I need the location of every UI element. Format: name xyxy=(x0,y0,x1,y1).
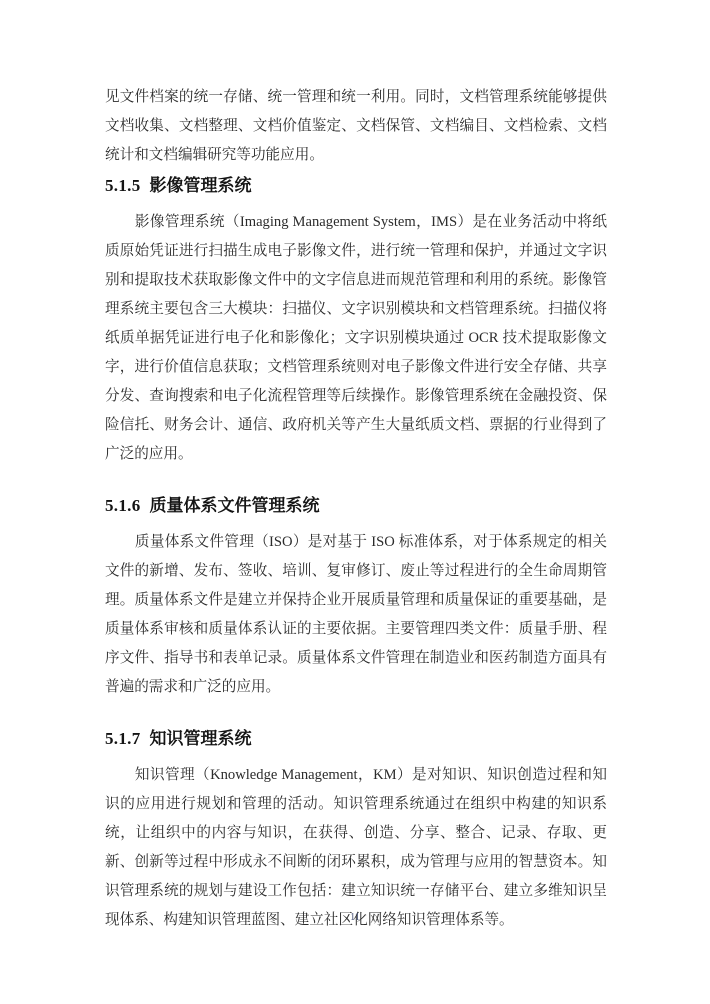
section-imaging-management: 5.1.5影像管理系统 影像管理系统（Imaging Management Sy… xyxy=(105,175,607,469)
paragraph-continuation: 见文件档案的统一存储、统一管理和统一利用。同时，文档管理系统能够提供文档收集、文… xyxy=(105,83,607,170)
section-title: 质量体系文件管理系统 xyxy=(150,496,320,515)
section-body: 知识管理（Knowledge Management，KM）是对知识、知识创造过程… xyxy=(105,761,607,935)
section-heading-5-1-7: 5.1.7知识管理系统 xyxy=(105,728,607,750)
document-page: 见文件档案的统一存储、统一管理和统一利用。同时，文档管理系统能够提供文档收集、文… xyxy=(0,0,710,1004)
section-heading-5-1-5: 5.1.5影像管理系统 xyxy=(105,175,607,197)
section-title: 知识管理系统 xyxy=(150,729,252,748)
section-title: 影像管理系统 xyxy=(150,176,252,195)
section-quality-system-docs: 5.1.6质量体系文件管理系统 质量体系文件管理（ISO）是对基于 ISO 标准… xyxy=(105,495,607,702)
section-body: 质量体系文件管理（ISO）是对基于 ISO 标准体系，对于体系规定的相关文件的新… xyxy=(105,528,607,702)
section-body: 影像管理系统（Imaging Management System，IMS）是在业… xyxy=(105,208,607,469)
section-knowledge-management: 5.1.7知识管理系统 知识管理（Knowledge Management，KM… xyxy=(105,728,607,935)
page-content: 见文件档案的统一存储、统一管理和统一利用。同时，文档管理系统能够提供文档收集、文… xyxy=(105,83,607,935)
page-number: 11 xyxy=(0,911,710,925)
section-number: 5.1.6 xyxy=(105,496,141,515)
section-number: 5.1.5 xyxy=(105,176,141,195)
section-heading-5-1-6: 5.1.6质量体系文件管理系统 xyxy=(105,495,607,517)
section-number: 5.1.7 xyxy=(105,729,141,748)
